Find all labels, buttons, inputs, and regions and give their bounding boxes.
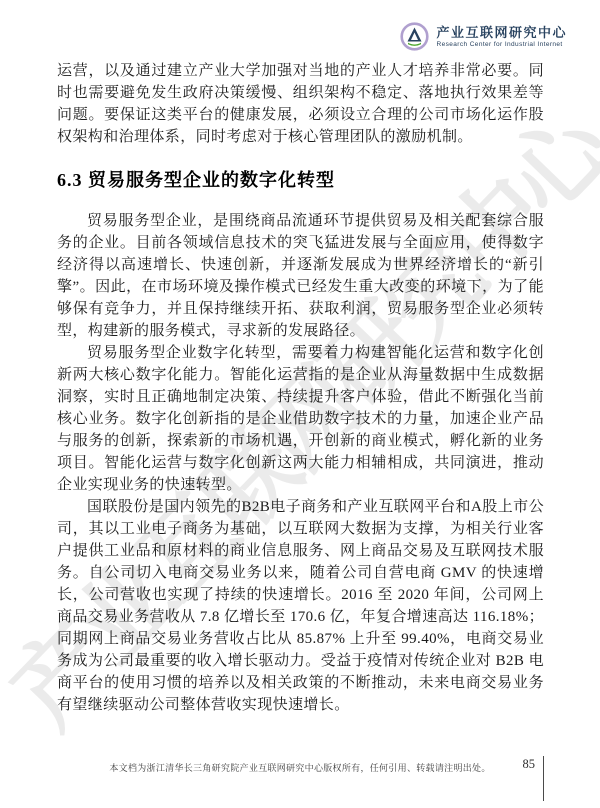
document-page: 产业互联网研究中心 产业互联网研究中心 Research Center for … [0,0,600,808]
page-number: 85 [523,757,536,772]
org-name-zh: 产业互联网研究中心 [436,25,567,41]
paragraph-guolian-case: 国联股份是国内领先的B2B电子商务和产业互联网平台和A股上市公司，其以工业电子商… [57,496,544,716]
industrial-internet-emblem-icon [400,22,429,51]
section-heading: 6.3 贸易服务型企业的数字化转型 [57,167,544,193]
logo-text: 产业互联网研究中心 Research Center for Industrial… [436,25,567,49]
header-logo: 产业互联网研究中心 Research Center for Industrial… [400,22,567,51]
org-name-en: Research Center for Industrial Internet [436,41,567,49]
paragraph-trade-service-intro: 贸易服务型企业，是围绕商品流通环节提供贸易及相关配套综合服务的企业。目前各领域信… [57,210,544,342]
paragraph-digital-capabilities: 贸易服务型企业数字化转型，需要着力构建智能化运营和数字化创新两大核心数字化能力。… [57,342,544,496]
page-number-rule [543,756,544,801]
footer-copyright: 本文档为浙江清华长三角研究院产业互联网研究中心版权所有，任何引用、转载请注明出处… [85,761,515,774]
main-content: 运营，以及通过建立产业大学加强对当地的产业人才培养非常必要。同时也需要避免发生政… [57,60,544,716]
paragraph-continuation: 运营，以及通过建立产业大学加强对当地的产业人才培养非常必要。同时也需要避免发生政… [57,60,544,148]
